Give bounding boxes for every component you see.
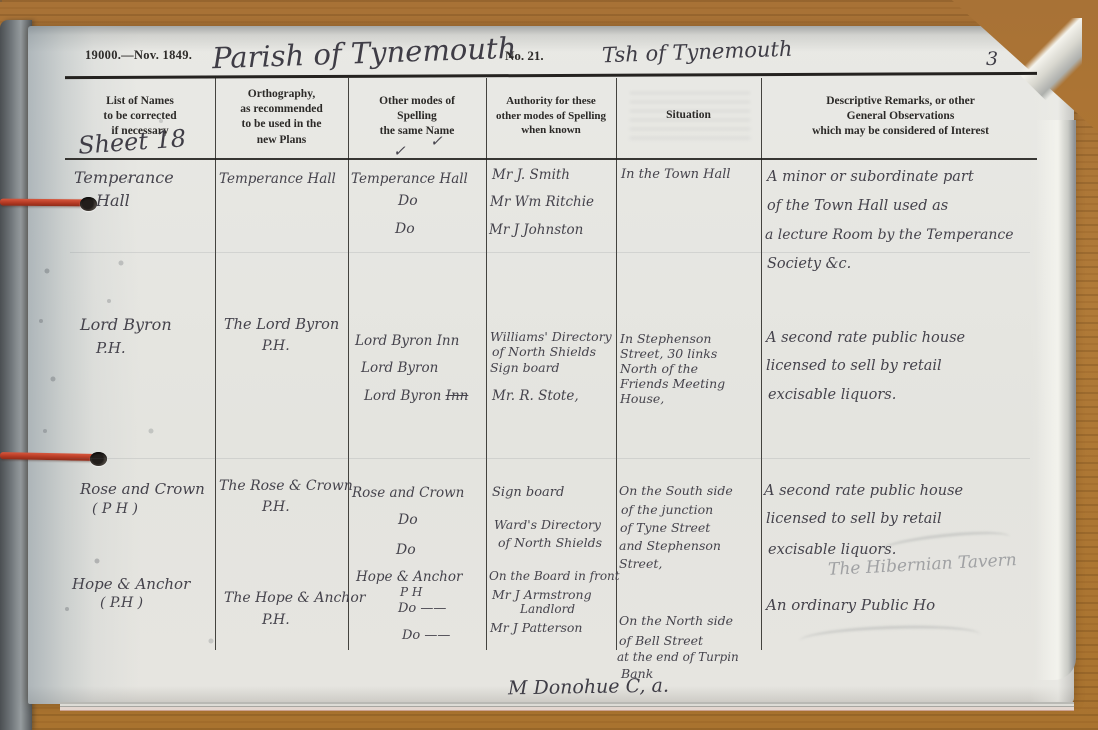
struck-word: Inn — [446, 388, 469, 404]
entry-orthography: P.H. — [262, 499, 290, 515]
entry-other-spelling: Hope & Anchor — [356, 569, 462, 585]
entry-authority: Sign board — [492, 485, 564, 500]
form-number-label: No. 21. — [505, 48, 544, 64]
entry-situation: On the North side — [619, 613, 733, 628]
entry-name: Rose and Crown — [80, 480, 205, 498]
entry-other-spelling: Do — [395, 221, 415, 237]
entry-authority: Mr J. Smith — [492, 167, 570, 183]
punch-hole-top — [80, 197, 97, 211]
entry-other-spelling: P H — [400, 585, 422, 599]
column-divider-2 — [348, 78, 349, 650]
page-speckle-texture — [0, 0, 2, 2]
entry-situation: House, — [620, 391, 664, 406]
entry-remarks: A second rate public house — [766, 330, 965, 346]
entry-remarks: A second rate public house — [764, 483, 963, 499]
entry-situation: Street, — [619, 556, 662, 571]
entry-situation: of Bell Street — [619, 633, 703, 648]
entry-situation: of Tyne Street — [620, 520, 710, 535]
entry-situation: In Stephenson — [620, 331, 711, 346]
entry-name: Hall — [96, 191, 130, 210]
entry-situation: North of the — [620, 361, 698, 376]
column-header-authority: Authority for these other modes of Spell… — [486, 82, 616, 138]
entry-remarks: excisable liquors. — [768, 387, 896, 403]
column-header-situation: Situation — [616, 82, 761, 123]
entry-name: Lord Byron — [80, 315, 172, 334]
entry-name: ( P H ) — [92, 501, 138, 517]
form-reference-number: 19000.—Nov. 1849. — [85, 48, 192, 63]
entry-situation: at the end of Turpin — [617, 650, 739, 664]
entry-authority: Williams' Directory — [490, 329, 612, 344]
column-divider-3 — [486, 78, 487, 650]
entry-authority: Landlord — [520, 602, 575, 616]
entry-authority: of North Shields — [492, 344, 596, 359]
entry-situation: and Stephenson — [619, 538, 721, 553]
entry-authority: Ward's Directory — [494, 517, 601, 532]
entry-orthography: Temperance Hall — [219, 171, 336, 187]
entry-remarks: a lecture Room by the Temperance — [765, 227, 1014, 243]
entry-situation: of the junction — [621, 502, 713, 517]
entry-other-spelling: Do —— — [398, 601, 446, 616]
column-header-other-spelling: Other modes of Spelling the same Name — [348, 82, 486, 140]
entry-orthography: The Rose & Crown — [219, 478, 353, 494]
entry-other-spelling: Do — [396, 542, 416, 558]
checkmark-annotation: ✓ — [393, 142, 406, 160]
entry-remarks: of the Town Hall used as — [767, 198, 948, 214]
entry-authority: Mr. R. Stote, — [492, 388, 579, 404]
entry-situation: On the South side — [619, 483, 733, 498]
entry-other-spelling: Lord Byron Inn — [364, 388, 468, 404]
punch-hole-bottom — [90, 452, 107, 466]
column-divider-1 — [215, 78, 216, 650]
column-divider-4 — [616, 78, 617, 650]
entry-orthography: P.H. — [262, 612, 290, 628]
entry-name: ( P.H ) — [100, 595, 143, 611]
entry-remarks: excisable liquors. — [768, 542, 896, 558]
photographed-ledger-scene: 19000.—Nov. 1849. Parish of Tynemouth No… — [0, 0, 1098, 730]
entry-other-spelling: Do —— — [402, 628, 450, 643]
entry-authority: Mr J Armstrong — [492, 587, 592, 602]
entry-situation: Street, 30 links — [620, 346, 717, 361]
entry-other-spelling: Temperance Hall — [351, 171, 468, 187]
header-bottom-rule — [65, 158, 1037, 160]
entry-remarks: An ordinary Public Ho — [766, 596, 935, 614]
entry-authority: of North Shields — [498, 535, 602, 550]
entry-authority: Mr J Patterson — [490, 620, 582, 635]
checkmark-annotation: ✓ — [430, 132, 443, 150]
entry-authority: Mr Wm Ritchie — [490, 194, 594, 210]
entry-authority: Sign board — [490, 360, 560, 375]
red-tie-cord-top — [0, 199, 88, 207]
entry-name: P.H. — [96, 339, 126, 357]
column-divider-5 — [761, 78, 762, 650]
entry-remarks: A minor or subordinate part — [767, 169, 974, 185]
page-right-edge-curl — [1036, 120, 1076, 680]
entry-other-spelling: Do — [398, 512, 418, 528]
column-header-remarks: Descriptive Remarks, or other General Ob… — [761, 82, 1040, 140]
entry-remarks: Society &c. — [767, 256, 851, 272]
entry-orthography: The Lord Byron — [224, 317, 339, 333]
column-header-orthography: Orthography, as recommended to be used i… — [215, 82, 348, 148]
entry-authority: Mr J Johnston — [489, 222, 583, 238]
entry-other-spelling: Lord Byron — [361, 360, 438, 376]
entry-remarks: licensed to sell by retail — [766, 511, 942, 527]
entry-orthography: P.H. — [262, 338, 290, 354]
page-number: 3 — [986, 48, 998, 70]
entry-remarks: licensed to sell by retail — [766, 358, 942, 374]
page-stack-bottom-edge — [60, 702, 1074, 714]
entry-name: Temperance — [74, 168, 174, 187]
faint-ruling-line — [70, 458, 1030, 459]
entry-orthography: The Hope & Anchor — [224, 590, 365, 606]
entry-name: Hope & Anchor — [72, 575, 190, 593]
entry-authority: On the Board in front — [489, 569, 620, 583]
surveyor-signature: M Donohue C, a. — [508, 675, 669, 700]
entry-situation: Friends Meeting — [620, 376, 725, 391]
faint-ruling-line — [70, 252, 1030, 253]
entry-other-spelling: Do — [398, 193, 418, 209]
entry-other-spelling: Lord Byron Inn — [355, 333, 459, 349]
entry-other-spelling-text: Lord Byron — [364, 388, 441, 404]
entry-situation: In the Town Hall — [621, 167, 731, 182]
entry-other-spelling: Rose and Crown — [352, 485, 464, 501]
